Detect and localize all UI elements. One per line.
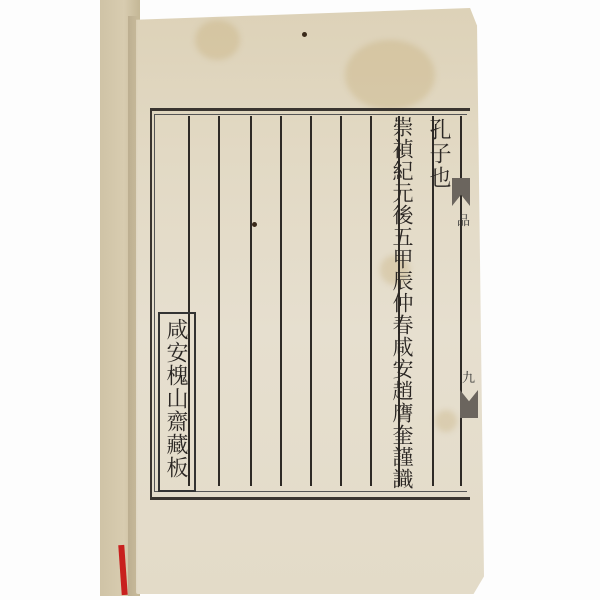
center-fold-rule [460,116,462,486]
column-rule [370,116,372,486]
margin-title-char: 品 [457,210,470,229]
column-rule [250,116,252,486]
column-rule [280,116,282,486]
column-rule [310,116,312,486]
column-rule [218,116,220,486]
page-shadow [128,16,138,596]
water-stain [345,40,435,110]
water-stain [195,20,240,60]
text-column-1: 孔子也 [426,118,450,190]
imprint-text: 咸安槐山齋藏板 [160,318,190,479]
text-column-2: 崇禎紀元後五甲辰仲春咸安趙膺奎謹識 [390,116,414,490]
column-rule [340,116,342,486]
book-photo: 孔子也 崇禎紀元後五甲辰仲春咸安趙膺奎謹識 咸安槐山齋藏板 品 九 [0,0,600,600]
page-number-char: 九 [462,367,475,386]
ink-spot [302,32,307,37]
